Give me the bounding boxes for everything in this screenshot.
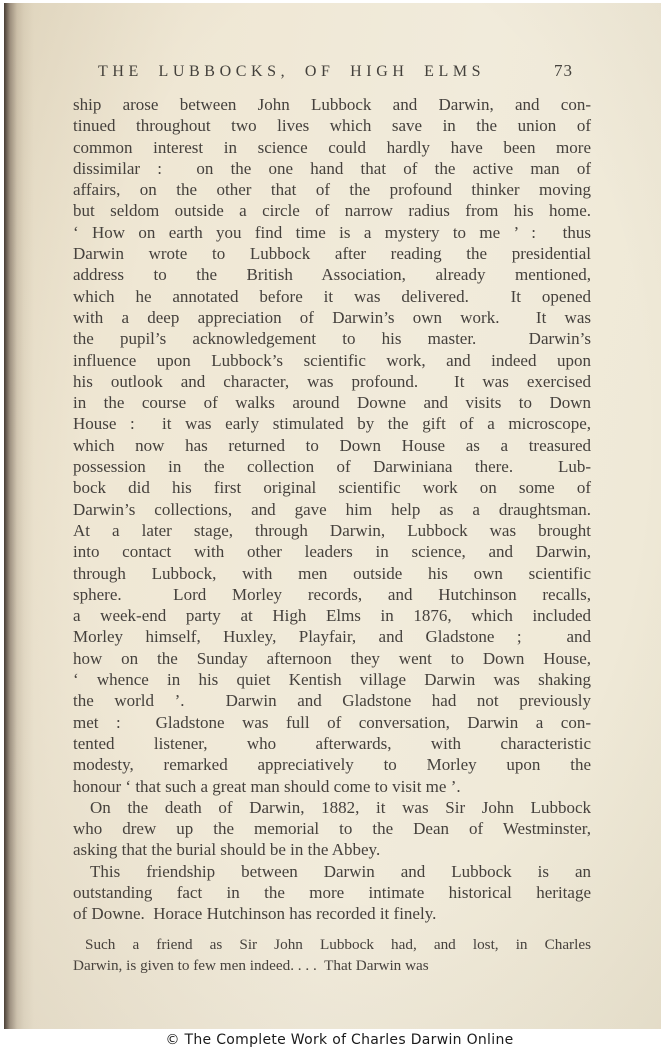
text-line: Such a friend as Sir John Lubbock had, a… [73,934,591,956]
text-line: common interest in science could hardly … [73,137,591,158]
text-line: in the course of walks around Downe and … [73,392,591,413]
page-text: ship arose between John Lubbock and Darw… [73,94,591,977]
footer-credit-bar: © The Complete Work of Charles Darwin On… [0,1029,669,1050]
text-line: of Downe. Horace Hutchinson has recorded… [73,903,591,924]
paragraph: ship arose between John Lubbock and Darw… [73,94,591,797]
paragraph: Such a friend as Sir John Lubbock had, a… [73,934,591,978]
text-line: tinued throughout two lives which save i… [73,115,591,136]
text-line: outstanding fact in the more intimate hi… [73,882,591,903]
text-line: dissimilar : on the one hand that of the… [73,158,591,179]
text-line: ship arose between John Lubbock and Darw… [73,94,591,115]
scan-viewport: THE LUBBOCKS, OF HIGH ELMS 73 ship arose… [0,0,669,1050]
text-line: Morley himself, Huxley, Playfair, and Gl… [73,626,591,647]
running-header: THE LUBBOCKS, OF HIGH ELMS 73 [98,61,573,81]
text-line: the world ’. Darwin and Gladstone had no… [73,690,591,711]
text-line: On the death of Darwin, 1882, it was Sir… [73,797,591,818]
text-line: tented listener, who afterwards, with ch… [73,733,591,754]
text-line: with a deep appreciation of Darwin’s own… [73,307,591,328]
text-line: influence upon Lubbock’s scientific work… [73,350,591,371]
text-line: asking that the burial should be in the … [73,839,591,860]
text-line: Darwin wrote to Lubbock after reading th… [73,243,591,264]
text-line: honour ‘ that such a great man should co… [73,776,591,797]
text-line: affairs, on the other that of the profou… [73,179,591,200]
scanned-book-page: THE LUBBOCKS, OF HIGH ELMS 73 ship arose… [4,3,661,1029]
text-line: House : it was early stimulated by the g… [73,413,591,434]
text-line: into contact with other leaders in scien… [73,541,591,562]
text-line: sphere. Lord Morley records, and Hutchin… [73,584,591,605]
text-line: This friendship between Darwin and Lubbo… [73,861,591,882]
text-line: ‘ whence in his quiet Kentish village Da… [73,669,591,690]
text-line: At a later stage, through Darwin, Lubboc… [73,520,591,541]
text-line: modesty, remarked appreciatively to Morl… [73,754,591,775]
text-line: which he annotated before it was deliver… [73,286,591,307]
binding-gutter-shadow [4,3,34,1029]
credit-text: © The Complete Work of Charles Darwin On… [165,1032,513,1048]
text-line: bock did his first original scientific w… [73,477,591,498]
text-line: which now has returned to Down House as … [73,435,591,456]
text-line: address to the British Association, alre… [73,264,591,285]
text-line: the pupil’s acknowledgement to his maste… [73,328,591,349]
paragraph: This friendship between Darwin and Lubbo… [73,861,591,925]
text-line: who drew up the memorial to the Dean of … [73,818,591,839]
paragraph: On the death of Darwin, 1882, it was Sir… [73,797,591,861]
text-line: through Lubbock, with men outside his ow… [73,563,591,584]
text-line: Darwin, is given to few men indeed. . . … [73,955,591,977]
chapter-title: THE LUBBOCKS, OF HIGH ELMS [98,63,485,81]
page-number: 73 [554,61,573,81]
text-line: his outlook and character, was profound.… [73,371,591,392]
text-line: ‘ How on earth you find time is a myster… [73,222,591,243]
text-line: possession in the collection of Darwinia… [73,456,591,477]
text-line: but seldom outside a circle of narrow ra… [73,200,591,221]
text-line: how on the Sunday afternoon they went to… [73,648,591,669]
text-line: a week-end party at High Elms in 1876, w… [73,605,591,626]
text-line: met : Gladstone was full of conversation… [73,712,591,733]
text-line: Darwin’s collections, and gave him help … [73,499,591,520]
